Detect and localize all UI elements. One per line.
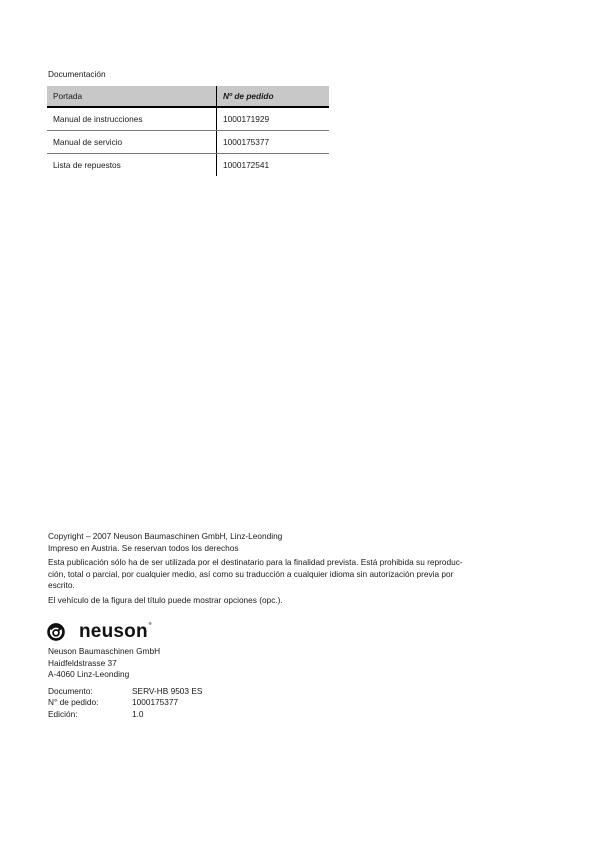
metadata-key: Edición: [48,708,132,720]
metadata-key: N° de pedido: [48,697,132,709]
logo-wordmark: neuson® [79,621,152,643]
row-order-number: 1000171929 [217,107,330,131]
metadata-row: Documento: SERV-HB 9503 ES [48,685,202,697]
table-row: Lista de repuestos 1000172541 [47,154,329,177]
metadata-key: Documento: [48,685,132,697]
metadata-row: N° de pedido: 1000175377 [48,697,202,709]
company-address: Neuson Baumaschinen GmbH Haidfeldstrasse… [48,646,160,681]
metadata-value: SERV-HB 9503 ES [132,685,202,697]
row-title: Manual de servicio [47,131,217,154]
vehicle-note-text: El vehículo de la figura del título pued… [48,595,468,607]
metadata-row: Edición: 1.0 [48,708,202,720]
column-header-title: Portada [47,86,217,107]
table-row: Manual de servicio 1000175377 [47,131,329,154]
street-address: Haidfeldstrasse 37 [48,658,160,670]
neuson-logo: neuson® [47,621,152,643]
table-header-row: Portada Nº de pedido [47,86,329,107]
printed-in-text: Impreso en Austria. Se reservan todos lo… [48,543,468,555]
metadata-value: 1.0 [132,708,202,720]
neuson-logo-icon [47,623,65,641]
legal-notice: Copyright – 2007 Neuson Baumaschinen Gmb… [48,531,468,606]
documentation-heading: Documentación [48,69,106,79]
usage-restriction-text: Esta publicación sólo ha de ser utilizad… [48,557,468,592]
metadata-value: 1000175377 [132,697,202,709]
table-row: Manual de instrucciones 1000171929 [47,107,329,131]
column-header-order-number: Nº de pedido [217,86,330,107]
row-order-number: 1000175377 [217,131,330,154]
row-order-number: 1000172541 [217,154,330,177]
documentation-table: Portada Nº de pedido Manual de instrucci… [47,86,329,176]
row-title: Manual de instrucciones [47,107,217,131]
copyright-text: Copyright – 2007 Neuson Baumaschinen Gmb… [48,531,468,543]
company-name: Neuson Baumaschinen GmbH [48,646,160,658]
document-metadata: Documento: SERV-HB 9503 ES N° de pedido:… [48,685,202,720]
city-address: A-4060 Linz-Leonding [48,669,160,681]
row-title: Lista de repuestos [47,154,217,177]
